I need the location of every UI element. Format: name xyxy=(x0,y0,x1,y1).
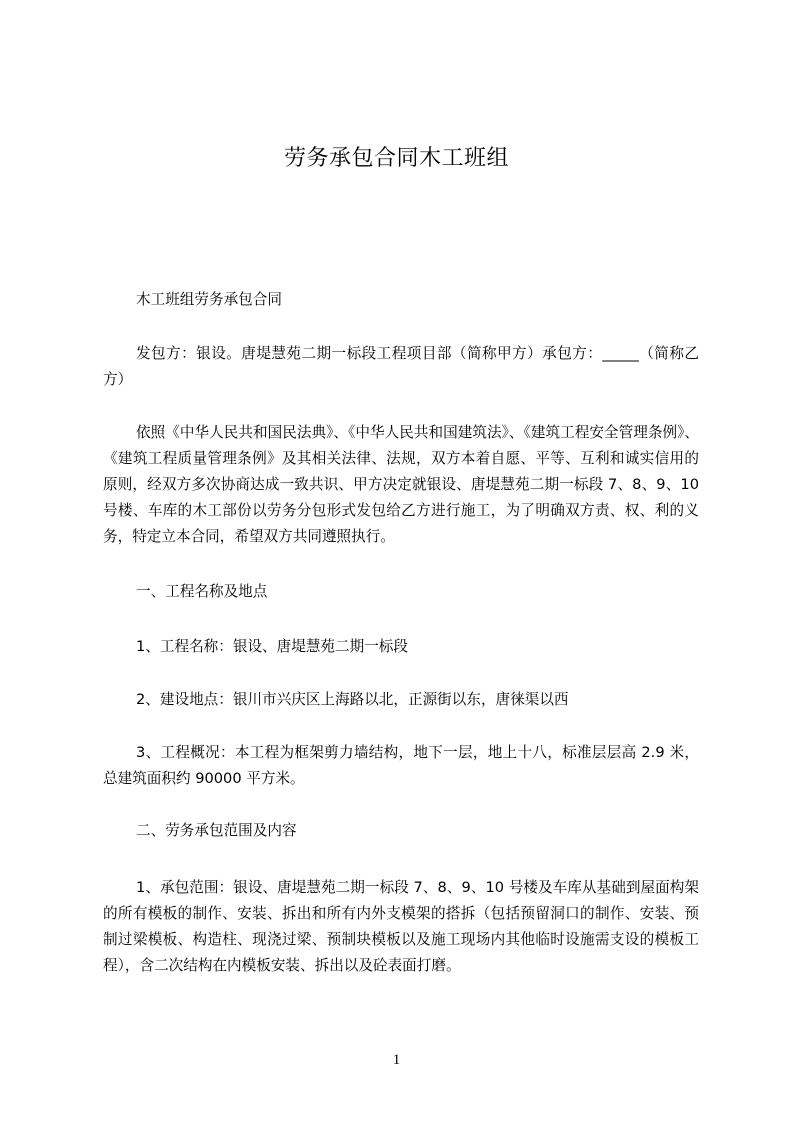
preamble-paragraph: 依照《中华人民共和国民法典》、《中华人民共和国建筑法》、《建筑工程安全管理条例》… xyxy=(103,420,699,550)
project-name-item: 1、工程名称：银设、唐堤慧苑二期一标段 xyxy=(103,634,699,660)
section-heading-2: 二、劳务承包范围及内容 xyxy=(103,818,699,844)
document-title: 劳务承包合同木工班组 xyxy=(0,141,793,172)
page-number: 1 xyxy=(0,1052,793,1069)
parties-paragraph: 发包方：银设。唐堤慧苑二期一标段工程项目部（简称甲方）承包方：_____（简称乙… xyxy=(103,341,699,393)
section-heading-1: 一、工程名称及地点 xyxy=(103,579,699,605)
construction-site-item: 2、建设地点：银川市兴庆区上海路以北，正源街以东，唐徕渠以西 xyxy=(103,687,699,713)
contract-subtitle: 木工班组劳务承包合同 xyxy=(103,287,699,313)
contract-scope-item: 1、承包范围：银设、唐堤慧苑二期一标段 7、8、9、10 号楼及车库从基础到屋面… xyxy=(103,875,699,979)
project-overview-item: 3、工程概况：本工程为框架剪力墙结构，地下一层，地上十八，标准层层高 2.9 米… xyxy=(103,740,699,792)
